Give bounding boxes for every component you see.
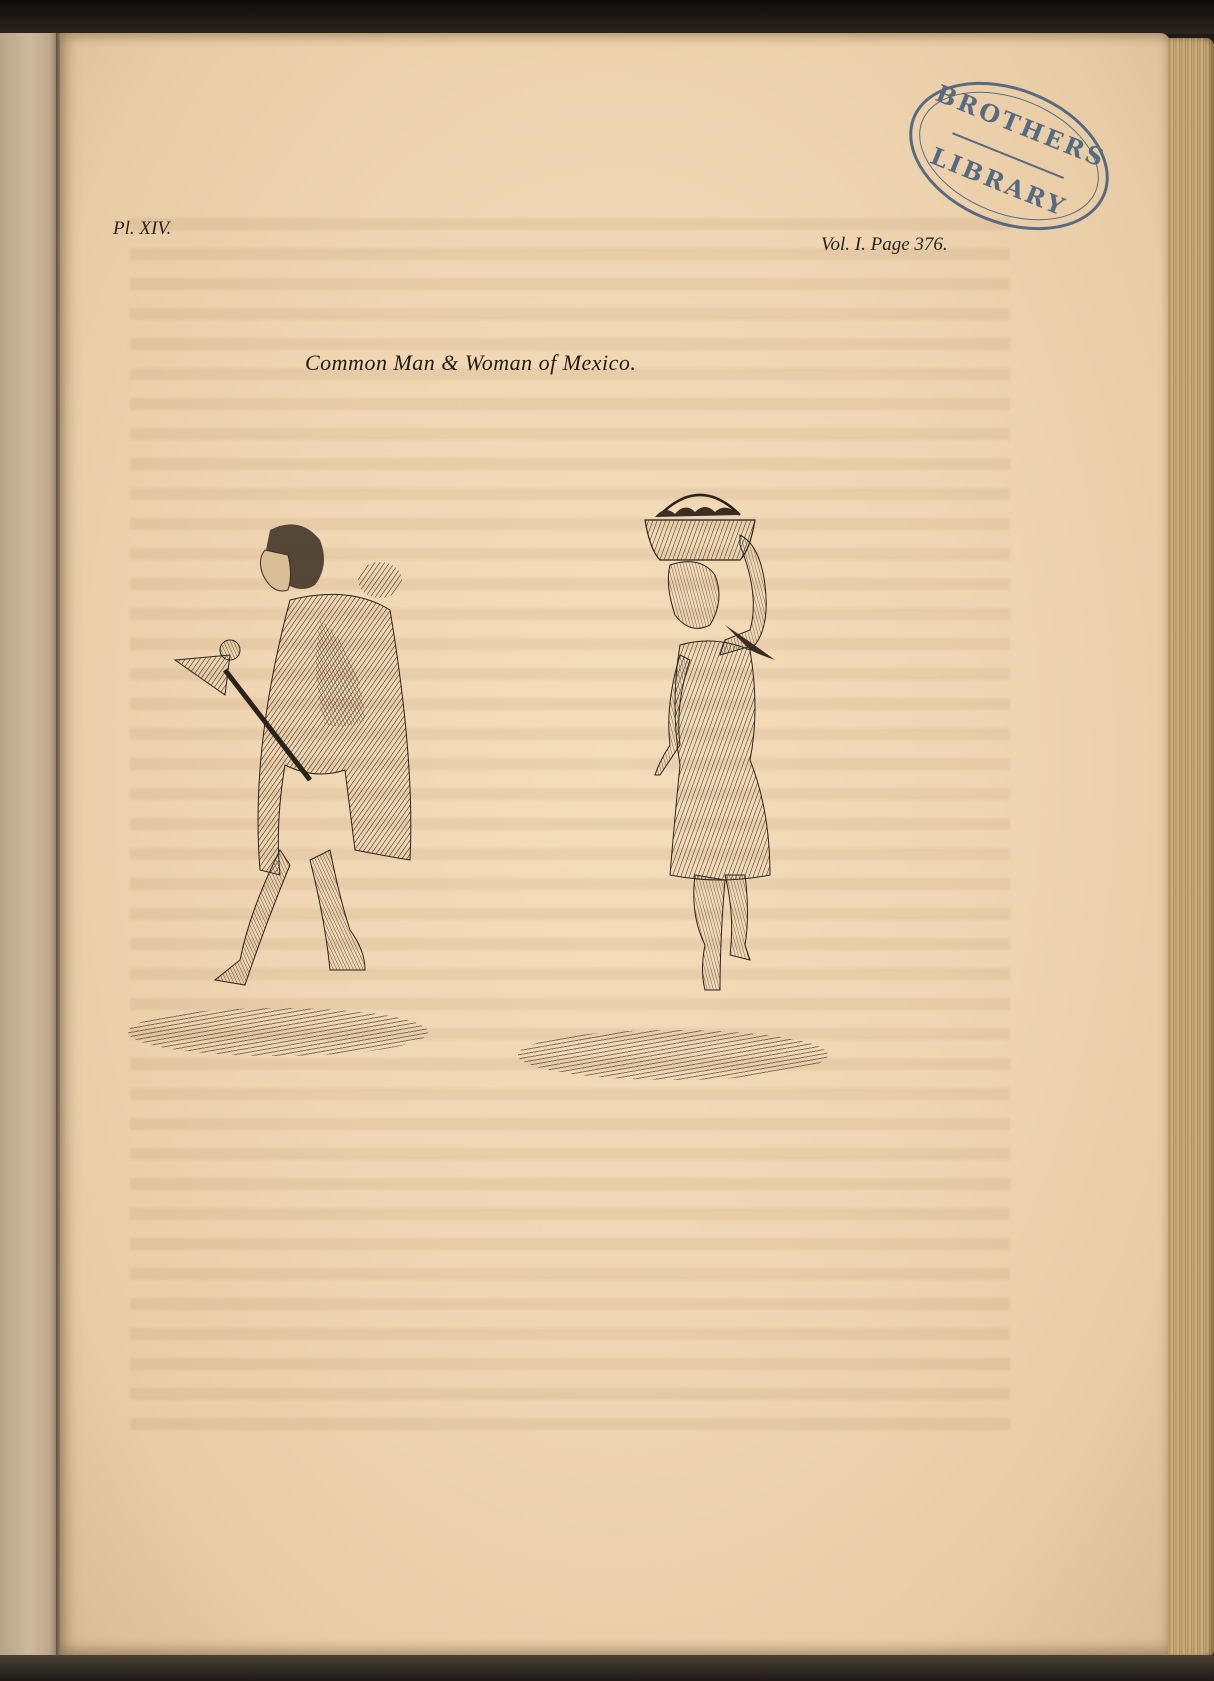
volume-page-reference: Vol. I. Page 376. [821, 234, 948, 256]
bottom-shadow [0, 1655, 1214, 1681]
woman-figure-illustration [640, 485, 840, 1065]
man-ground-shadow [128, 1008, 428, 1056]
book-scan: Pl. XIV. Vol. I. Page 376. BROTHERS LIBR… [0, 0, 1214, 1681]
plate-caption: Common Man & Woman of Mexico. [305, 350, 745, 376]
woman-ground-shadow [518, 1030, 828, 1080]
top-shadow [0, 0, 1214, 34]
page-fore-edge [1168, 38, 1214, 1658]
left-page-edge [0, 33, 58, 1658]
plate-number: Pl. XIV. [113, 218, 171, 240]
man-figure-illustration [170, 520, 450, 1080]
